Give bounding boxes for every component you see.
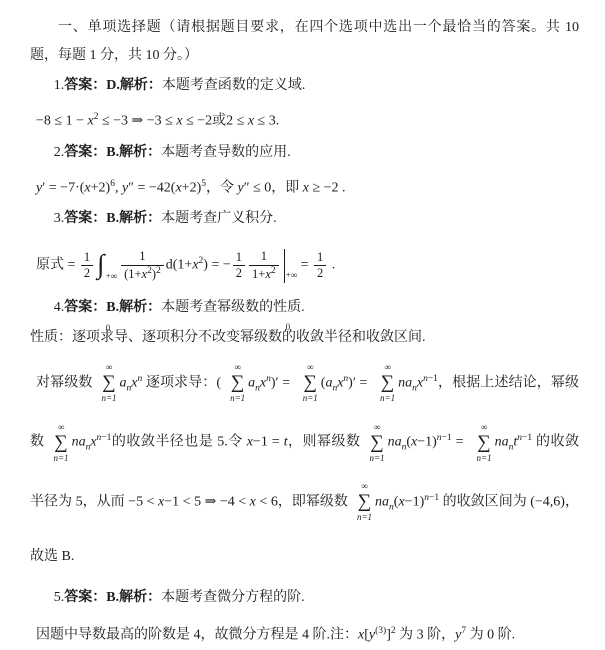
answer-5-number: 5. <box>54 590 65 605</box>
formula-inequality-q1: −8 ≤ 1 − x2 ≤ −3 ⇒ −3 ≤ x ≤ −2或2 ≤ x ≤ 3… <box>36 102 579 137</box>
answer-1-label: 答案：D.解析： <box>64 78 162 93</box>
answer-3-line: 3.答案：B.解析：本题考查广义积分. <box>30 205 579 233</box>
answer-1-number: 1. <box>54 78 65 93</box>
answer-4-text: 本题考查幂级数的性质. <box>161 300 305 315</box>
document-page: 一、单项选择题（请根据题目要求，在四个选项中选出一个最恰当的答案。共 10 题，… <box>0 0 605 650</box>
formula-integral-q3: 原式 = 12∫+∞01(1+x2)2d(1+x2) = −1211+x2+∞0… <box>36 235 579 292</box>
answer-4-line: 4.答案：B.解析：本题考查幂级数的性质. <box>30 294 579 322</box>
answer-3-number: 3. <box>54 211 65 226</box>
answer-2-line: 2.答案：B.解析：本题考查导数的应用. <box>30 139 579 167</box>
answer-5-line: 5.答案：B.解析：本题考查微分方程的阶. <box>30 584 579 612</box>
answer-4-label: 答案：B.解析： <box>64 300 161 315</box>
answer-3-label: 答案：B.解析： <box>64 211 161 226</box>
answer-1-text: 本题考查函数的定义域. <box>162 78 306 93</box>
section-heading: 一、单项选择题（请根据题目要求，在四个选项中选出一个最恰当的答案。共 10 题，… <box>30 14 579 70</box>
answer-5-text: 本题考查微分方程的阶. <box>161 590 305 605</box>
formula-ode-order-q5: 因题中导数最高的阶数是 4，故微分方程是 4 阶.注：x[y(3)]2 为 3 … <box>36 614 579 650</box>
property-note: 性质：逐项求导、逐项积分不改变幂级数的收敛半径和收敛区间. <box>30 324 579 352</box>
answer-3-text: 本题考查广义积分. <box>161 211 277 226</box>
answer-2-text: 本题考查导数的应用. <box>161 145 291 160</box>
answer-2-number: 2. <box>54 145 65 160</box>
answer-5-label: 答案：B.解析： <box>64 590 161 605</box>
formula-derivative-q2: y′ = −7·(x+2)6, y″ = −42(x+2)5，令 y″ ≤ 0，… <box>36 169 579 204</box>
answer-2-label: 答案：B.解析： <box>64 145 161 160</box>
answer-1-line: 1.答案：D.解析：本题考查函数的定义域. <box>30 72 579 100</box>
formula-power-series-q4: 对幂级数∞∑n=1anxn 逐项求导：(∞∑n=1anxn)′ = ∞∑n=1(… <box>30 354 579 582</box>
answer-4-number: 4. <box>54 300 65 315</box>
